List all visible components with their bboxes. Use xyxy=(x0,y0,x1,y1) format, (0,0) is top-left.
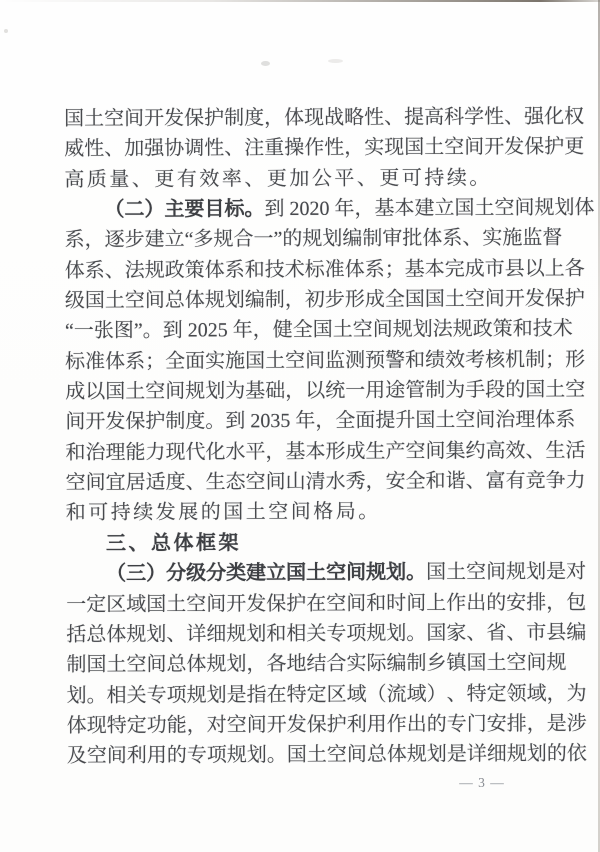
para-tiered-classified-planning: （三）分级分类建立国土空间规划。国土空间规划是对一定区域国土空间开发保护在空间和… xyxy=(66,557,543,771)
scan-speck xyxy=(328,59,343,63)
text-line: （二）主要目标。到 2020 年，基本建立国土空间规划体 xyxy=(64,193,540,225)
para-continued-from-previous-page: 国土空间开发保护制度，体现战略性、提高科学性、强化权威性、加强协调性、注重操作性… xyxy=(64,102,540,195)
text-line: 国土空间开发保护制度，体现战略性、提高科学性、强化权 xyxy=(64,102,540,134)
text-line: 成以国土空间规划为基础，以统一用途管制为手段的国土空 xyxy=(65,375,541,407)
scan-speck xyxy=(261,61,270,66)
text-line: 制国土空间总体规划，各地结合实际编制乡镇国土空间规 xyxy=(66,648,542,680)
text-line: 级国土空间总体规划编制，初步形成全国国土空间开发保护 xyxy=(65,284,541,316)
scan-edge-top xyxy=(0,0,600,2)
text-line: 体系、法规政策体系和技术标准体系；基本完成市县以上各 xyxy=(65,254,541,286)
text-line: 括总体规划、详细规划和相关专项规划。国家、省、市县编 xyxy=(66,618,542,650)
text-line: 体现特定功能，对空间开发保护利用作出的专门安排，是涉 xyxy=(67,709,543,741)
scan-speck xyxy=(4,29,8,33)
para-main-goals: （二）主要目标。到 2020 年，基本建立国土空间规划体系，逐步建立“多规合一”… xyxy=(64,193,541,529)
text-line: 空间宜居适度、生态空间山清水秀，安全和谐、富有竞争力 xyxy=(66,466,542,498)
text-line: 及空间利用的专项规划。国土空间总体规划是详细规划的依 xyxy=(67,739,543,771)
text-line: 划。相关专项规划是指在特定区域（流域）、特定领域，为 xyxy=(67,678,543,710)
text-line: 和可持续发展的国土空间格局。 xyxy=(66,496,542,528)
text-line: （三）分级分类建立国土空间规划。国土空间规划是对 xyxy=(66,557,542,589)
text-line: 标准体系；全面实施国土空间监测预警和绩效考核机制；形 xyxy=(65,345,541,377)
text-line: 和治理能力现代化水平，基本形成生产空间集约高效、生活 xyxy=(65,436,541,468)
text-line: 系，逐步建立“多规合一”的规划编制审批体系、实施监督 xyxy=(65,223,541,255)
section-heading: 三、总体框架 xyxy=(66,527,542,559)
text-line: 间开发保护制度。到 2035 年，全面提升国土空间治理体系 xyxy=(65,405,541,437)
text-line: 高质量、更有效率、更加公平、更可持续。 xyxy=(64,163,540,195)
page-number: — 3 — xyxy=(452,775,512,791)
text-line: 一定区域国土空间开发保护在空间和时间上作出的安排，包 xyxy=(66,587,542,619)
heading-overall-framework: 三、总体框架 xyxy=(66,527,542,559)
text-line: “一张图”。到 2025 年，健全国土空间规划法规政策和技术 xyxy=(65,314,541,346)
text-line: 威性、加强协调性、注重操作性，实现国土空间开发保护更 xyxy=(64,132,540,164)
document-text: 国土空间开发保护制度，体现战略性、提高科学性、强化权威性、加强协调性、注重操作性… xyxy=(64,102,543,772)
